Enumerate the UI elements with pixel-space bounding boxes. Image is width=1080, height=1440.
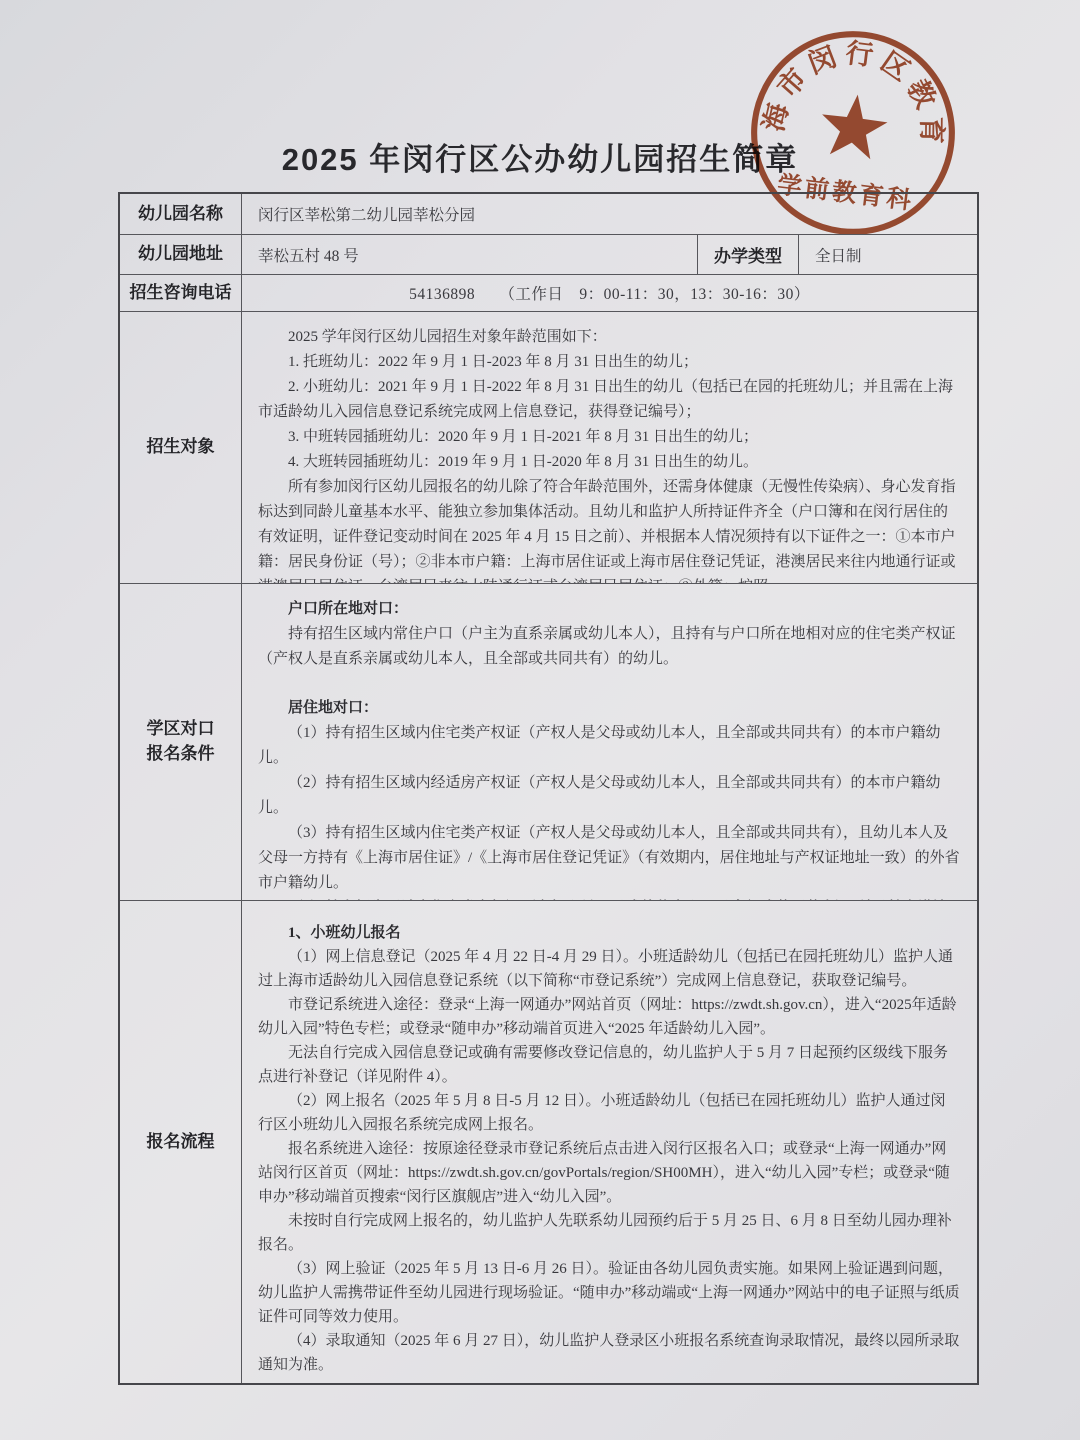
- school-type-value: 全日制: [799, 235, 977, 274]
- school-type-label: 办学类型: [697, 235, 799, 274]
- enrollment-table: 幼儿园名称 闵行区莘松第二幼儿园莘松分园 幼儿园地址 莘松五村 48 号 办学类…: [118, 192, 979, 1385]
- process-heading: 1、小班幼儿报名: [258, 921, 960, 945]
- process-paragraph: 未按时自行完成网上报名的，幼儿监护人先联系幼儿园预约后于 5 月 25 日、6 …: [258, 1209, 960, 1257]
- target-paragraph: 4. 大班转园插班幼儿：2019 年 9 月 1 日-2020 年 8 月 31…: [258, 450, 960, 475]
- hukou-heading: 户口所在地对口：: [258, 597, 960, 622]
- district-conditions-label-line1: 学区对口: [147, 717, 215, 742]
- process-paragraph: （2）网上报名（2025 年 5 月 8 日-5 月 12 日）。小班适龄幼儿（…: [258, 1089, 960, 1137]
- target-paragraph: 2. 小班幼儿：2021 年 9 月 1 日-2022 年 8 月 31 日出生…: [258, 375, 960, 425]
- kindergarten-address-label: 幼儿园地址: [120, 235, 242, 274]
- target-paragraph: 2025 学年闵行区幼儿园招生对象年龄范围如下：: [258, 325, 960, 350]
- residence-item: （1）持有招生区域内住宅类产权证（产权人是父母或幼儿本人，且全部或共同共有）的本…: [258, 721, 960, 771]
- target-paragraph: 所有参加闵行区幼儿园报名的幼儿除了符合年龄范围外，还需身体健康（无慢性传染病）、…: [258, 475, 960, 583]
- kindergarten-name-label: 幼儿园名称: [120, 194, 242, 234]
- process-paragraph: 无法自行完成入园信息登记或确有需要修改登记信息的，幼儿监护人于 5 月 7 日起…: [258, 1041, 960, 1089]
- consult-phone-label: 招生咨询电话: [120, 275, 242, 311]
- target-paragraph: 3. 中班转园插班幼儿：2020 年 9 月 1 日-2021 年 8 月 31…: [258, 425, 960, 450]
- row-kindergarten-address: 幼儿园地址 莘松五村 48 号 办学类型 全日制: [120, 234, 977, 274]
- process-paragraph: 市登记系统进入途径：登录“上海一网通办”网站首页（网址：https://zwdt…: [258, 993, 960, 1041]
- row-district-conditions: 学区对口 报名条件 户口所在地对口： 持有招生区域内常住户口（户主为直系亲属或幼…: [120, 583, 977, 900]
- kindergarten-address-value: 莘松五村 48 号: [242, 235, 697, 274]
- application-process-text: 1、小班幼儿报名 （1）网上信息登记（2025 年 4 月 22 日-4 月 2…: [242, 901, 977, 1383]
- enrollment-target-text: 2025 学年闵行区幼儿园招生对象年龄范围如下： 1. 托班幼儿：2022 年 …: [242, 312, 977, 583]
- residence-item: （2）持有招生区域内经适房产权证（产权人是父母或幼儿本人，且全部或共同共有）的本…: [258, 771, 960, 821]
- row-enrollment-target: 招生对象 2025 学年闵行区幼儿园招生对象年龄范围如下： 1. 托班幼儿：20…: [120, 311, 977, 583]
- row-kindergarten-name: 幼儿园名称 闵行区莘松第二幼儿园莘松分园: [120, 194, 977, 234]
- hukou-paragraph: 持有招生区域内常住户口（户主为直系亲属或幼儿本人），且持有与户口所在地相对应的住…: [258, 622, 960, 672]
- target-paragraph: 1. 托班幼儿：2022 年 9 月 1 日-2023 年 8 月 31 日出生…: [258, 350, 960, 375]
- process-paragraph: 报名系统进入途径：按原途径登录市登记系统后点击进入闵行区报名入口；或登录“上海一…: [258, 1137, 960, 1209]
- stamp-star-icon: [817, 91, 890, 161]
- residence-item: （3）持有招生区域内住宅类产权证（产权人是父母或幼儿本人，且全部或共同共有），且…: [258, 821, 960, 896]
- process-paragraph: （3）网上验证（2025 年 5 月 13 日-6 月 26 日）。验证由各幼儿…: [258, 1257, 960, 1329]
- process-paragraph: （1）网上信息登记（2025 年 4 月 22 日-4 月 29 日）。小班适龄…: [258, 945, 960, 993]
- process-paragraph: （4）录取通知（2025 年 6 月 27 日），幼儿监护人登录区小班报名系统查…: [258, 1329, 960, 1377]
- residence-heading: 居住地对口：: [258, 696, 960, 721]
- kindergarten-name-value: 闵行区莘松第二幼儿园莘松分园: [242, 194, 977, 234]
- application-process-label: 报名流程: [120, 901, 242, 1383]
- enrollment-target-label: 招生对象: [120, 312, 242, 583]
- district-conditions-label: 学区对口 报名条件: [120, 584, 242, 900]
- district-conditions-text: 户口所在地对口： 持有招生区域内常住户口（户主为直系亲属或幼儿本人），且持有与户…: [242, 584, 977, 900]
- row-application-process: 报名流程 1、小班幼儿报名 （1）网上信息登记（2025 年 4 月 22 日-…: [120, 900, 977, 1383]
- row-consult-phone: 招生咨询电话 54136898 （工作日 9：00-11：30，13：30-16…: [120, 274, 977, 311]
- district-conditions-label-line2: 报名条件: [147, 742, 215, 767]
- consult-phone-value: 54136898 （工作日 9：00-11：30，13：30-16：30）: [242, 275, 977, 311]
